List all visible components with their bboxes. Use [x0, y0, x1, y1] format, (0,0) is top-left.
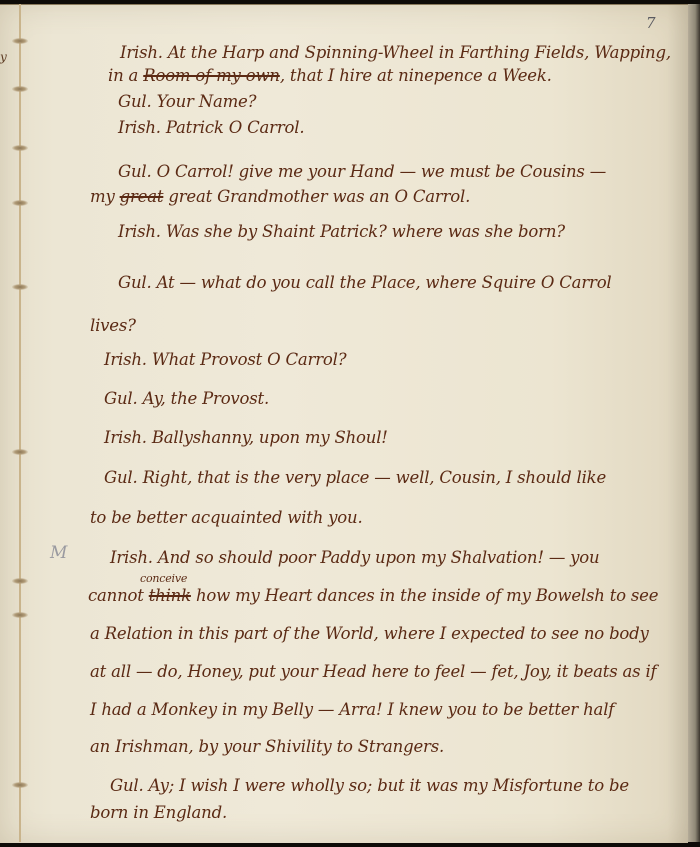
line-text: And so should poor Paddy upon my Shalvat…: [158, 548, 600, 567]
speaker-label: Irish.: [104, 428, 147, 447]
speaker-label: Irish.: [118, 222, 161, 241]
text-line: Gul. Right, that is the very place — wel…: [104, 468, 606, 487]
text-line: Gul. Ay, the Provost.: [104, 389, 269, 408]
interlinear-insertion: conceive: [140, 572, 187, 585]
line-text: Ay, the Provost.: [143, 389, 269, 408]
struck-text: great: [120, 187, 164, 206]
text-line: I had a Monkey in my Belly — Arra! I kne…: [90, 700, 614, 719]
text-line: Irish. Ballyshanny, upon my Shoul!: [104, 428, 388, 447]
speaker-label: Irish.: [118, 118, 161, 137]
speaker-label: Irish.: [120, 43, 163, 62]
line-text: at all — do, Honey, put your Head here t…: [90, 662, 656, 681]
text-line: Irish. And so should poor Paddy upon my …: [110, 548, 599, 567]
text-line: my great great Grandmother was an O Carr…: [90, 187, 470, 206]
line-text: a Relation in this part of the World, wh…: [90, 624, 649, 643]
speaker-label: Gul.: [104, 389, 138, 408]
text-line: Irish. Was she by Shaint Patrick? where …: [118, 222, 565, 241]
text-line: Gul. At — what do you call the Place, wh…: [118, 273, 612, 292]
line-text: At — what do you call the Place, where S…: [157, 273, 612, 292]
line-text: Right, that is the very place — well, Co…: [143, 468, 606, 487]
manuscript-text: Irish. At the Harp and Spinning-Wheel in…: [0, 0, 700, 847]
text-line: to be better acquainted with you.: [90, 508, 363, 527]
line-text: how my Heart dances in the inside of my …: [191, 586, 658, 605]
speaker-label: Gul.: [110, 776, 144, 795]
text-line: a Relation in this part of the World, wh…: [90, 624, 649, 643]
line-text: , that I hire at ninepence a Week.: [280, 66, 552, 85]
text-line: lives?: [90, 316, 136, 335]
text-line: born in England.: [90, 803, 227, 822]
line-text: I had a Monkey in my Belly — Arra! I kne…: [90, 700, 614, 719]
speaker-label: Gul.: [118, 92, 152, 111]
line-text: Was she by Shaint Patrick? where was she…: [166, 222, 565, 241]
text-line: Gul. O Carrol! give me your Hand — we mu…: [118, 162, 606, 181]
line-text: born in England.: [90, 803, 227, 822]
line-text: Ay; I wish I were wholly so; but it was …: [149, 776, 629, 795]
text-line: at all — do, Honey, put your Head here t…: [90, 662, 656, 681]
line-text: Patrick O Carrol.: [166, 118, 305, 137]
text-line: Irish. What Provost O Carrol?: [104, 350, 346, 369]
line-text: What Provost O Carrol?: [152, 350, 347, 369]
speaker-label: Gul.: [118, 162, 152, 181]
line-text: to be better acquainted with you.: [90, 508, 363, 527]
text-line: in a Room of my own, that I hire at nine…: [108, 66, 552, 85]
line-text: cannot: [88, 586, 149, 605]
line-text: Your Name?: [157, 92, 257, 111]
text-line: Gul. Your Name?: [118, 92, 256, 111]
text-line: an Irishman, by your Shivility to Strang…: [90, 737, 444, 756]
line-text: great Grandmother was an O Carrol.: [163, 187, 470, 206]
line-text: Ballyshanny, upon my Shoul!: [152, 428, 388, 447]
text-line: cannot think how my Heart dances in the …: [88, 586, 658, 605]
line-text: lives?: [90, 316, 136, 335]
line-text: an Irishman, by your Shivility to Strang…: [90, 737, 444, 756]
line-text: At the Harp and Spinning-Wheel in Farthi…: [168, 43, 671, 62]
speaker-label: Gul.: [104, 468, 138, 487]
speaker-label: Irish.: [110, 548, 153, 567]
line-text: O Carrol! give me your Hand — we must be…: [157, 162, 606, 181]
text-line: Irish. At the Harp and Spinning-Wheel in…: [120, 43, 671, 62]
struck-text: think: [149, 586, 191, 605]
text-line: Irish. Patrick O Carrol.: [118, 118, 304, 137]
line-text: my: [90, 187, 120, 206]
speaker-label: Gul.: [118, 273, 152, 292]
speaker-label: Irish.: [104, 350, 147, 369]
text-line: Gul. Ay; I wish I were wholly so; but it…: [110, 776, 629, 795]
line-text: in a: [108, 66, 143, 85]
struck-text: Room of my own: [143, 66, 280, 85]
